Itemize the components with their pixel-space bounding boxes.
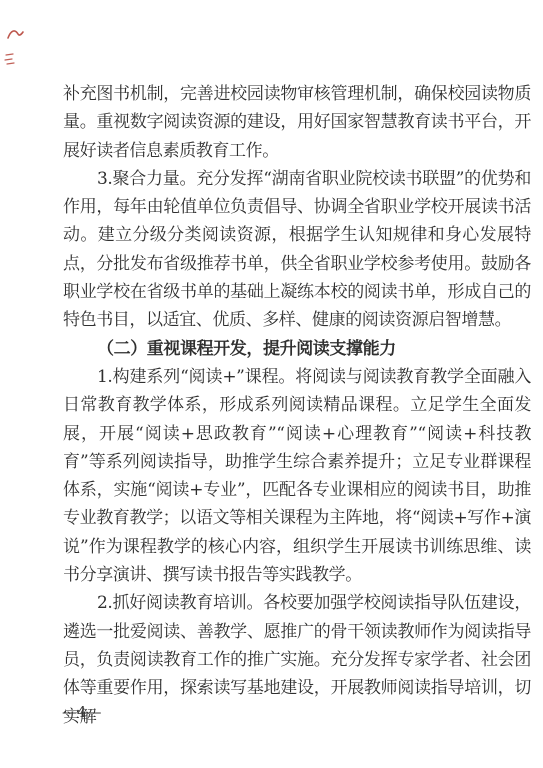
paragraph-item-3: 3.聚合力量。充分发挥“湖南省职业院校读书联盟”的优势和作用，每年由轮值单位负责… <box>63 165 531 335</box>
paragraph-continuation: 补充图书机制，完善进校园读物审核管理机制，确保校园读物质量。重视数字阅读资源的建… <box>63 80 531 165</box>
red-annotation-mark-top <box>6 26 26 44</box>
paragraph-item-2: 2.抓好阅读教育培训。各校要加强学校阅读指导队伍建设，遴选一批爱阅读、善教学、愿… <box>63 589 531 730</box>
paragraph-item-1: 1.构建系列“阅读+”课程。将阅读与阅读教育教学全面融入日常教育教学体系，形成系… <box>63 363 531 589</box>
page-number: —4— <box>62 703 102 721</box>
document-text-block: 补充图书机制，完善进校园读物审核管理机制，确保校园读物质量。重视数字阅读资源的建… <box>63 80 531 731</box>
red-annotation-mark-bottom <box>3 51 17 67</box>
section-heading: （二）重视课程开发，提升阅读支撑能力 <box>63 335 531 363</box>
document-page: 补充图书机制，完善进校园读物审核管理机制，确保校园读物质量。重视数字阅读资源的建… <box>0 0 543 768</box>
